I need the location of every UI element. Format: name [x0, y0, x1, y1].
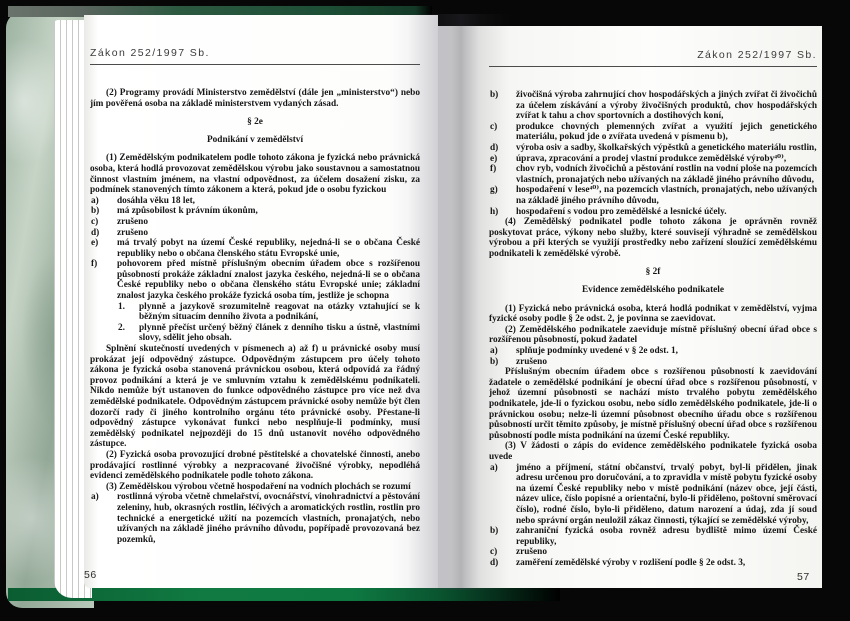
item-label: g): [489, 185, 516, 206]
item-label: a): [90, 492, 117, 545]
item-label: a): [90, 196, 117, 207]
page-number-left: 56: [84, 569, 97, 581]
law-paragraph: (1) Fyzická nebo právnická osoba, která …: [489, 304, 817, 325]
item-label: f): [90, 259, 117, 301]
item-label: e): [489, 154, 516, 165]
item-text: výroba osiv a sadby, školkařských výpěst…: [516, 143, 817, 154]
item-label: c): [90, 217, 117, 228]
law-paragraph: (1) Zemědělským podnikatelem podle tohot…: [90, 153, 420, 195]
list-item: b)živočišná výroba zahrnující chov hospo…: [489, 90, 817, 122]
item-text: živočišná výroba zahrnující chov hospodá…: [516, 90, 817, 122]
law-paragraph: Splnění skutečností uvedených v písmenec…: [90, 344, 420, 450]
item-label: f): [489, 164, 516, 185]
section-title: Evidence zemědělského podnikatele: [489, 285, 817, 296]
section-number: § 2f: [489, 267, 817, 278]
item-text: zaměření zemědělské výroby v rozlišení p…: [516, 558, 817, 569]
law-paragraph: (2) Fyzická osoba provozující drobné pěs…: [90, 450, 420, 482]
item-label: d): [489, 558, 516, 569]
item-label: e): [90, 238, 117, 259]
list-item: b)zahraniční fyzická osoba rovněž adresu…: [489, 526, 817, 547]
item-text: zrušeno: [117, 217, 420, 228]
item-label: c): [489, 122, 516, 143]
list-item: d)zaměření zemědělské výroby v rozlišení…: [489, 558, 817, 569]
item-label: c): [489, 547, 516, 558]
item-text: zrušeno: [516, 547, 817, 558]
item-text: jméno a příjmení, státní občanství, trva…: [516, 463, 817, 527]
item-text: dosáhla věku 18 let,: [117, 196, 420, 207]
item-text: plynně přečíst určený běžný článek z den…: [139, 323, 420, 344]
law-paragraph: Příslušným obecním úřadem obce s rozšíře…: [489, 367, 817, 441]
section-title: Podnikání v zemědělství: [90, 135, 420, 146]
item-text: plynně a jazykově srozumitelně reagovat …: [139, 302, 420, 323]
list-item: c)zrušeno: [489, 547, 817, 558]
item-text: splňuje podmínky uvedené v § 2e odst. 1,: [516, 346, 817, 357]
list-item: d)zrušeno: [90, 228, 420, 239]
list-item: b)zrušeno: [489, 357, 817, 368]
page-number-right: 57: [797, 571, 810, 583]
item-text: zahraniční fyzická osoba rovněž adresu b…: [516, 526, 817, 547]
list-item: d)výroba osiv a sadby, školkařských výpě…: [489, 143, 817, 154]
item-text: hospodaření s vodou pro zemědělské a les…: [516, 207, 817, 218]
law-paragraph: (2) Zemědělského podnikatele zaeviduje m…: [489, 325, 817, 346]
item-text: zrušeno: [516, 357, 817, 368]
item-label: d): [489, 143, 516, 154]
item-text: hospodaření v lese⁴⁰⁾, na pozemcích vlas…: [516, 185, 817, 206]
item-label: a): [489, 463, 516, 527]
section-number: § 2e: [90, 117, 420, 128]
list-item: f)chov ryb, vodních živočichů a pěstován…: [489, 164, 817, 185]
item-text: zrušeno: [117, 228, 420, 239]
list-item: h)hospodaření s vodou pro zemědělské a l…: [489, 207, 817, 218]
item-text: úprava, zpracování a prodej vlastní prod…: [516, 154, 817, 165]
list-item: c)zrušeno: [90, 217, 420, 228]
sub-list-item: 1.plynně a jazykově srozumitelně reagova…: [117, 302, 420, 323]
item-label: a): [489, 346, 516, 357]
item-label: b): [489, 357, 516, 368]
sub-list-item: 2.plynně přečíst určený běžný článek z d…: [117, 323, 420, 344]
law-paragraph: (3) Zemědělskou výrobou včetně hospodaře…: [90, 482, 420, 493]
law-paragraph: (4) Zemědělský podnikatel podle tohoto z…: [489, 217, 817, 259]
open-book-photo: Zákon 252/1997 Sb. (2) Programy provádí …: [0, 0, 850, 621]
list-item: e)úprava, zpracování a prodej vlastní pr…: [489, 154, 817, 165]
item-text: rostlinná výroba včetně chmelařství, ovo…: [117, 492, 420, 545]
item-text: produkce chovných plemenných zvířat a vy…: [516, 122, 817, 143]
list-item: a)rostlinná výroba včetně chmelařství, o…: [90, 492, 420, 545]
list-item: f)pohovorem před místně příslušným obecn…: [90, 259, 420, 301]
running-header-left: Zákon 252/1997 Sb.: [90, 48, 420, 65]
item-label: h): [489, 207, 516, 218]
item-label: b): [90, 206, 117, 217]
left-page-content: Zákon 252/1997 Sb. (2) Programy provádí …: [90, 48, 420, 576]
running-header-right: Zákon 252/1997 Sb.: [489, 50, 817, 67]
law-paragraph: (3) V žádosti o zápis do evidence zemědě…: [489, 441, 817, 462]
list-item: a)splňuje podmínky uvedené v § 2e odst. …: [489, 346, 817, 357]
item-text: má způsobilost k právním úkonům,: [117, 206, 420, 217]
list-item: a)jméno a příjmení, státní občanství, tr…: [489, 463, 817, 527]
item-label: b): [489, 526, 516, 547]
law-paragraph: (2) Programy provádí Ministerstvo zemědě…: [90, 88, 420, 109]
right-page-content: Zákon 252/1997 Sb. b)živočišná výroba za…: [489, 50, 817, 576]
list-item: a)dosáhla věku 18 let,: [90, 196, 420, 207]
list-item: g)hospodaření v lese⁴⁰⁾, na pozemcích vl…: [489, 185, 817, 206]
list-item: b)má způsobilost k právním úkonům,: [90, 206, 420, 217]
item-label: 2.: [117, 323, 139, 344]
item-text: chov ryb, vodních živočichů a pěstování …: [516, 164, 817, 185]
item-label: b): [489, 90, 516, 122]
item-text: má trvalý pobyt na území České republiky…: [117, 238, 420, 259]
item-label: d): [90, 228, 117, 239]
list-item: c)produkce chovných plemenných zvířat a …: [489, 122, 817, 143]
item-text: pohovorem před místně příslušným obecním…: [117, 259, 420, 301]
list-item: e)má trvalý pobyt na území České republi…: [90, 238, 420, 259]
item-label: 1.: [117, 302, 139, 323]
